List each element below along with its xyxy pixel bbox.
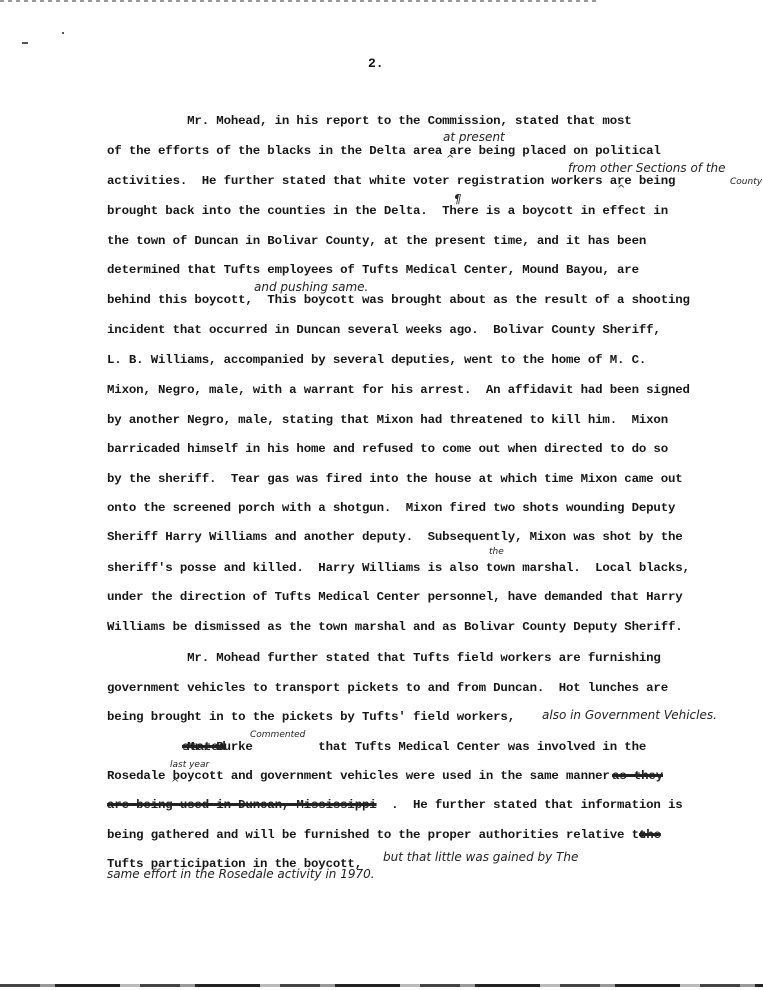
scan-mark bbox=[62, 32, 64, 34]
text-line: being brought in to the pickets by Tufts… bbox=[107, 710, 515, 724]
handwritten-note: but that little was gained by The bbox=[383, 850, 578, 864]
text-line: of the efforts of the blacks in the Delt… bbox=[107, 144, 661, 158]
scan-edge-dots bbox=[0, 0, 600, 2]
text-line: by the sheriff. Tear gas was fired into … bbox=[107, 472, 683, 486]
scan-mark bbox=[22, 42, 28, 44]
text-line: government vehicles to transport pickets… bbox=[107, 681, 668, 695]
text-line: Sheriff Harry Williams and another deput… bbox=[107, 530, 683, 544]
handwritten-note: Commented bbox=[250, 730, 305, 740]
handwritten-note: also in Government Vehicles. bbox=[542, 708, 717, 722]
text-line: barricaded himself in his home and refus… bbox=[107, 442, 668, 456]
text-line: determined that Tufts employees of Tufts… bbox=[107, 263, 639, 277]
scan-bottom-edge bbox=[0, 984, 763, 987]
insertion-caret: ^ bbox=[617, 184, 625, 195]
insertion-caret: ^ bbox=[171, 778, 179, 789]
text-line: activities. He further stated that white… bbox=[107, 174, 675, 188]
text-line: Mixon, Negro, male, with a warrant for h… bbox=[107, 383, 690, 397]
text-line: by another Negro, male, stating that Mix… bbox=[107, 413, 668, 427]
document-page: 2. Mr. Mohead, in his report to the Comm… bbox=[0, 0, 763, 990]
struck-text: the bbox=[639, 828, 661, 842]
handwritten-note: County bbox=[730, 177, 762, 187]
text-line: Mr. Mohead, in his report to the Commiss… bbox=[107, 114, 632, 128]
handwritten-note: same effort in the Rosedale activity in … bbox=[107, 867, 375, 881]
text-line: sheriff's posse and killed. Harry Willia… bbox=[107, 561, 690, 575]
handwritten-note: last year bbox=[170, 760, 209, 770]
struck-text: are being used in Duncan, Mississippi bbox=[107, 798, 377, 812]
handwritten-note: and pushing same. bbox=[254, 280, 368, 294]
text-line: Rosedale boycott and government vehicles… bbox=[107, 769, 610, 783]
text-line: Williams be dismissed as the town marsha… bbox=[107, 620, 683, 634]
handwritten-note: the bbox=[489, 547, 504, 557]
text-line: onto the screened porch with a shotgun. … bbox=[107, 501, 675, 515]
handwritten-note: at present bbox=[443, 130, 505, 144]
struck-text: stated bbox=[182, 740, 226, 754]
text-line: behind this boycott, This boycott was br… bbox=[107, 293, 690, 307]
handwritten-note: from other Sections of the bbox=[568, 161, 726, 175]
text-line: brought back into the counties in the De… bbox=[107, 204, 668, 218]
text-line: under the direction of Tufts Medical Cen… bbox=[107, 590, 683, 604]
text-line: Mr. Mohead further stated that Tufts fie… bbox=[107, 651, 661, 665]
text-line: being gathered and will be furnished to … bbox=[107, 828, 646, 842]
text-line: L. B. Williams, accompanied by several d… bbox=[107, 353, 646, 367]
text-line: the town of Duncan in Bolivar County, at… bbox=[107, 234, 646, 248]
page-number: 2. bbox=[368, 56, 384, 71]
handwritten-note: ¶ bbox=[454, 192, 462, 206]
insertion-caret: ^ bbox=[446, 154, 454, 165]
struck-text: as they bbox=[612, 769, 663, 783]
text-line: incident that occurred in Duncan several… bbox=[107, 323, 661, 337]
